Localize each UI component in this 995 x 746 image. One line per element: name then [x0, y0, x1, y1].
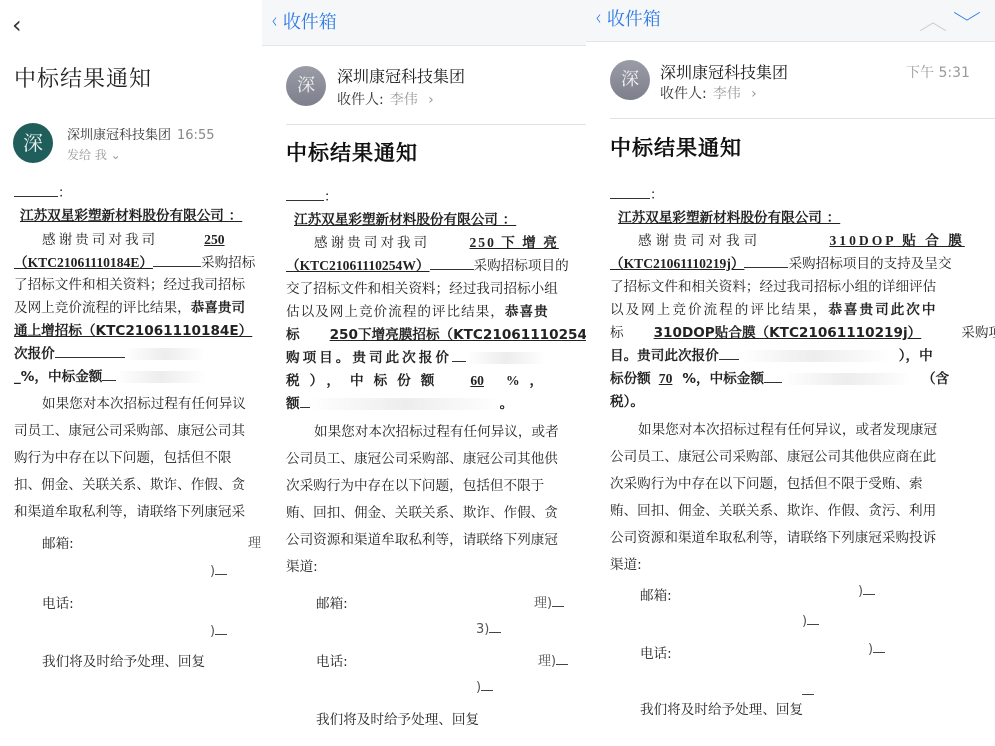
body-line: 了招标文件和相关资料；经过我司招标: [14, 274, 262, 297]
email-subject: 中标结果通知: [14, 62, 152, 93]
redacted-tail: [802, 684, 814, 699]
body-line: 估以及网上竞价流程的评比结果，恭喜贵: [286, 301, 586, 324]
sender-name[interactable]: 深圳康冠科技集团: [67, 128, 171, 143]
salutation-line: ：: [14, 182, 262, 205]
recipient-toggle[interactable]: 发给 我 ⌄: [67, 146, 121, 163]
sent-time: 16:55: [177, 128, 214, 143]
phone-contact-label: 电话:: [316, 650, 348, 670]
redacted-tail: ): [210, 624, 227, 639]
body-line: 以及网上竞价流程的评比结果，恭喜贵司此次中: [610, 299, 995, 322]
body-line: 次报价: [14, 343, 262, 366]
addressee: 江苏双星彩塑新材料股份有限公司 ：: [610, 207, 995, 230]
chevron-right-icon: ›: [428, 92, 434, 108]
back-chevron-icon: ‹: [271, 9, 277, 34]
body-line: （KTC21061110254W）采购招标项目的: [286, 255, 586, 278]
salutation-line: ：: [610, 184, 995, 207]
chevron-down-icon: ⌄: [111, 148, 121, 162]
sender-avatar[interactable]: 深: [13, 123, 53, 163]
body-line: 目。贵司此次报价），中: [610, 345, 995, 368]
email-body: ： 江苏双星彩塑新材料股份有限公司 ： 感谢贵司对我司 310DOP 贴 合 膜…: [610, 184, 995, 577]
body-line: 如果您对本次招标过程有任何异议: [14, 393, 262, 416]
back-chevron-icon: ‹: [595, 6, 601, 31]
recipient-row[interactable]: 收件人:李伟 ›: [337, 89, 434, 109]
body-line: 次采购行为中存在以下问题，包括但不限于受贿、索: [610, 473, 995, 496]
body-line: 司员工、康冠公司采购部、康冠公司其: [14, 420, 262, 443]
body-line: 标310DOP贴合膜（KTC21061110219j）采购项: [610, 322, 995, 345]
body-line: 公司员工、康冠公司采购部、康冠公司其他供: [286, 448, 586, 471]
email-subject: 中标结果通知: [286, 137, 418, 167]
chevron-right-icon: ›: [751, 86, 757, 102]
sender-avatar[interactable]: 深: [286, 66, 326, 106]
addressee: 江苏双星彩塑新材料股份有限公司 ：: [286, 209, 586, 232]
body-line: 如果您对本次招标过程有任何异议，或者: [286, 421, 586, 444]
body-line: （KTC21061110219j）采购招标项目的支持及呈交: [610, 253, 995, 276]
body-line: 贿、回扣、佣金、关联关系、欺诈、作假、贪污、利用: [610, 500, 995, 523]
recipient-label: 发给 我: [67, 148, 107, 162]
nav-bar: ‹收件箱 ︿ ﹀: [586, 0, 995, 42]
body-line: 感谢贵司对我司 250 下 增 亮: [286, 232, 586, 255]
recipient-row[interactable]: 收件人:李伟 ›: [660, 83, 757, 103]
body-line: 贿、回扣、佣金、关联关系、欺诈、作假、贪: [286, 502, 586, 525]
email-contact-label: 邮箱:: [42, 532, 74, 552]
body-line: 标份额70%，中标金额（含: [610, 368, 995, 391]
redacted-tail: 理): [538, 650, 568, 669]
redacted-tail: ): [858, 584, 875, 599]
redacted-tail: ): [476, 680, 493, 695]
closing-text: 我们将及时给予处理、回复: [42, 650, 205, 670]
body-line: 感谢贵司对我司 310DOP 贴 合 膜: [610, 230, 995, 253]
email-contact-label: 邮箱:: [640, 584, 672, 604]
redacted-tail: ): [802, 614, 819, 629]
addressee: 江苏双星彩塑新材料股份有限公司 ：: [14, 205, 262, 228]
body-line: 和渠道牟取私利等，请联络下列康冠采: [14, 501, 262, 524]
salutation-line: ：: [286, 186, 586, 209]
phone-contact-label: 电话:: [640, 642, 672, 662]
body-line: 渠道:: [286, 556, 586, 579]
body-line: 购行为中存在以下问题，包括但不限: [14, 447, 262, 470]
sender-row: 深圳康冠科技集团16:55: [67, 124, 214, 143]
inbox-back-button[interactable]: ‹收件箱: [594, 5, 661, 31]
body-line: 税），中标份额60%，: [286, 370, 586, 393]
email-body: ： 江苏双星彩塑新材料股份有限公司 ： 感谢贵司对我司250 （KTC21061…: [14, 182, 262, 524]
body-line: 感谢贵司对我司250: [14, 228, 262, 251]
body-line: （KTC21061110184E）采购招标: [14, 251, 262, 274]
body-line: 标250下增亮膜招标（KTC21061110254W: [286, 324, 586, 347]
next-message-icon[interactable]: ﹀: [953, 6, 981, 35]
body-line: 扣、佣金、关联关系、欺诈、作假、贪: [14, 474, 262, 497]
body-line: 如果您对本次招标过程有任何异议，或者发现康冠: [610, 419, 995, 442]
back-chevron-icon[interactable]: ‹: [12, 12, 32, 38]
nav-bar: ‹收件箱: [262, 0, 586, 46]
email-panel-ios-2: ‹收件箱 ︿ ﹀ 深 深圳康冠科技集团 下午 5:31 收件人:李伟 › 中标结…: [586, 0, 995, 746]
divider: [610, 118, 995, 119]
body-line: 额。: [286, 393, 586, 416]
redacted-tail: 理: [248, 532, 261, 551]
email-panel-android: ‹ 中标结果通知 深 深圳康冠科技集团16:55 发给 我 ⌄ ： 江苏双星彩塑…: [0, 0, 262, 746]
redacted-tail: 3): [476, 622, 501, 637]
phone-contact-label: 电话:: [42, 592, 74, 612]
body-line: 交了招标文件和相关资料；经过我司招标小组: [286, 278, 586, 301]
body-line: 渠道:: [610, 554, 995, 577]
body-line: 税）。: [610, 391, 995, 414]
previous-message-icon[interactable]: ︿: [919, 6, 947, 35]
sent-time: 下午 5:31: [906, 62, 970, 82]
body-line: 次采购行为中存在以下问题，包括但不限于: [286, 475, 586, 498]
body-line: 购项目。贵司此次报价: [286, 347, 586, 370]
body-line: 通上增招标（KTC21061110184E）: [14, 320, 262, 343]
recipient-name: 李伟: [390, 92, 418, 108]
body-line: 了招标文件和相关资料；经过我司招标小组的详细评估: [610, 276, 995, 299]
body-line: 及网上竞价流程的评比结果，恭喜贵司: [14, 297, 262, 320]
recipient-name: 李伟: [713, 86, 741, 102]
closing-text: 我们将及时给予处理、回复: [640, 698, 803, 718]
redacted-tail: 理): [534, 592, 564, 611]
body-line: _%，中标金额: [14, 366, 262, 389]
redacted-tail: ): [868, 642, 885, 657]
body-line: 公司员工、康冠公司采购部、康冠公司其他供应商在此: [610, 446, 995, 469]
email-subject: 中标结果通知: [610, 132, 742, 162]
closing-text: 我们将及时给予处理、回复: [316, 708, 479, 728]
sender-avatar[interactable]: 深: [610, 60, 650, 100]
email-body: ： 江苏双星彩塑新材料股份有限公司 ： 感谢贵司对我司 250 下 增 亮 （K…: [286, 186, 586, 579]
inbox-back-button[interactable]: ‹收件箱: [270, 8, 337, 34]
email-contact-label: 邮箱:: [316, 592, 348, 612]
divider: [286, 124, 586, 125]
redacted-tail: ): [210, 564, 227, 579]
body-line: 公司资源和渠道牟取私利等，请联络下列康冠采购投诉: [610, 527, 995, 550]
sender-name[interactable]: 深圳康冠科技集团: [337, 64, 465, 87]
sender-name[interactable]: 深圳康冠科技集团: [660, 60, 788, 83]
email-panel-ios-1: ‹收件箱 深 深圳康冠科技集团 收件人:李伟 › 中标结果通知 ： 江苏双星彩塑…: [262, 0, 586, 746]
body-line: 公司资源和渠道牟取私利等，请联络下列康冠: [286, 529, 586, 552]
